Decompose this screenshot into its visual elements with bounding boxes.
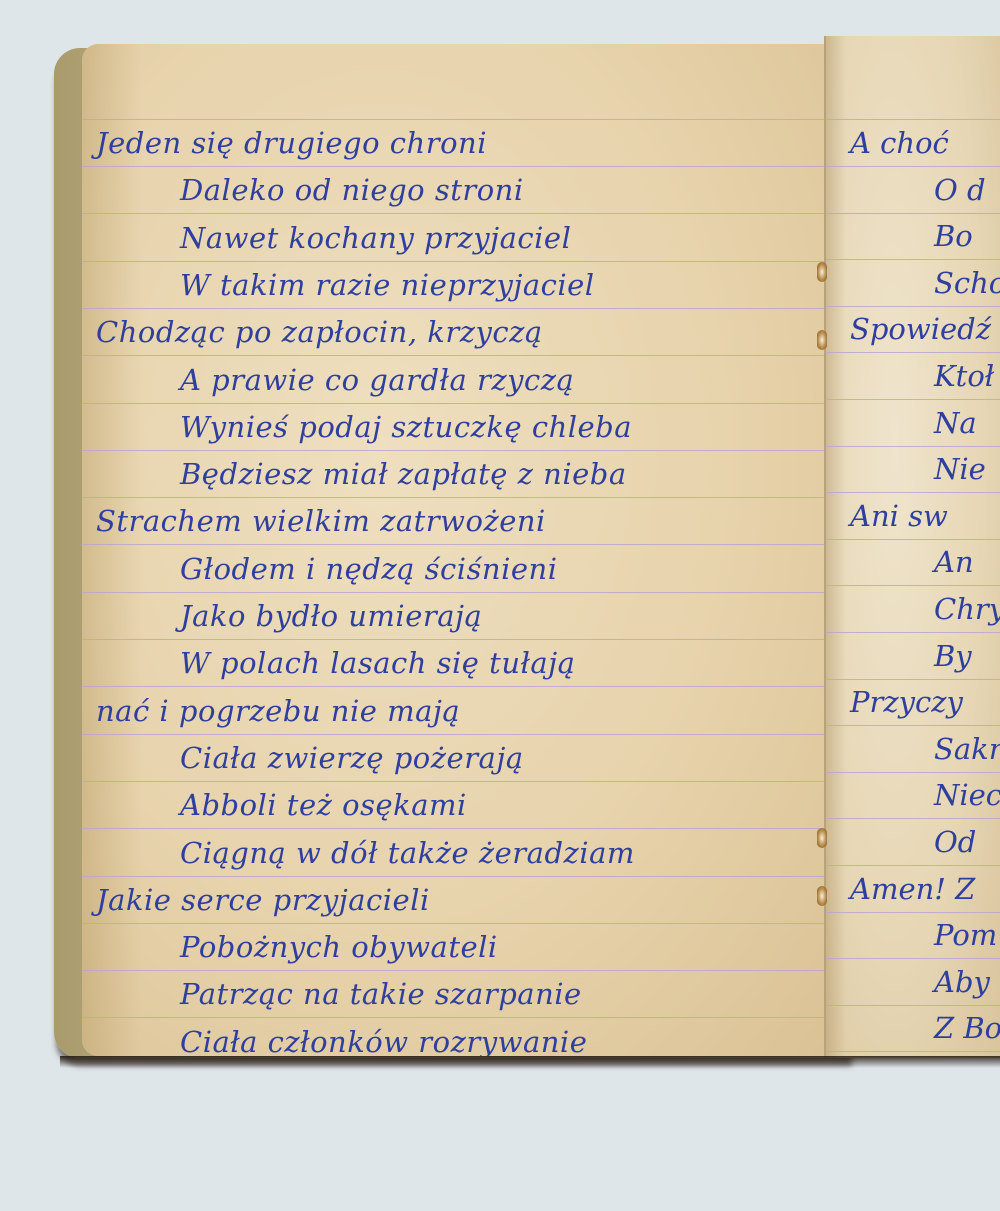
verse-line: Abboli też osękami: [180, 788, 467, 822]
verse-line: W polach lasach się tułają: [180, 646, 575, 680]
stanza-first-line: Jakie serce przyjacieli: [96, 883, 430, 917]
ruled-line: [824, 399, 1000, 400]
ruled-line: [82, 166, 824, 167]
verse-line: W takim razie nieprzyjaciel: [180, 268, 595, 302]
verse-line: O d: [934, 173, 986, 207]
ruled-line: [824, 958, 1000, 959]
verse-line: Scho: [934, 266, 1000, 300]
page-shadow: [60, 1056, 1000, 1068]
verse-line: Ciała członków rozrywanie: [180, 1025, 587, 1056]
ruled-line: [82, 686, 824, 687]
verse-line: Ciała zwierzę pożerają: [180, 741, 524, 775]
verse-line: Pom: [934, 918, 997, 952]
ruled-line: [824, 818, 1000, 819]
notebook: Jeden się drugiego chroniDaleko od niego…: [0, 0, 1000, 1211]
verse-line: Nie: [934, 452, 986, 486]
verse-line: Daleko od niego stroni: [180, 173, 524, 207]
ruled-line: [82, 1017, 824, 1018]
right-page: A choćO dBoSchoSpowiedźKtołNaNieAni swAn…: [824, 36, 1000, 1058]
ruled-line: [824, 1005, 1000, 1006]
verse-line: Nawet kochany przyjaciel: [180, 221, 571, 255]
ruled-line: [82, 970, 824, 971]
ruled-line: [82, 734, 824, 735]
ruled-line: [82, 592, 824, 593]
ruled-line: [82, 355, 824, 356]
verse-line: Wynieś podaj sztuczkę chleba: [180, 410, 632, 444]
verse-line: Patrząc na takie szarpanie: [180, 977, 582, 1011]
stanza-first-line: A choć: [850, 126, 949, 160]
left-page: Jeden się drugiego chroniDaleko od niego…: [82, 44, 824, 1056]
verse-line: Od: [934, 825, 976, 859]
stanza-first-line: Spowiedź: [850, 312, 991, 346]
verse-line: Pobożnych obywateli: [180, 930, 498, 964]
ruled-line: [82, 781, 824, 782]
stanza-first-line: Przyczy: [850, 685, 963, 719]
ruled-line: [824, 166, 1000, 167]
stanza-first-line: Amen! Z: [850, 872, 975, 906]
staple-3: [817, 828, 827, 848]
ruled-line: [824, 446, 1000, 447]
ruled-line: [82, 261, 824, 262]
verse-line: Głodem i nędzą ściśnieni: [180, 552, 558, 586]
ruled-line: [824, 306, 1000, 307]
ruled-line: [82, 119, 824, 120]
ruled-line: [82, 213, 824, 214]
ruled-line: [824, 772, 1000, 773]
staple-4: [817, 886, 827, 906]
ruled-line: [824, 492, 1000, 493]
ruled-line: [82, 544, 824, 545]
ruled-line: [82, 923, 824, 924]
staple-1: [817, 262, 827, 282]
ruled-line: [824, 912, 1000, 913]
ruled-line: [824, 679, 1000, 680]
ruled-line: [82, 308, 824, 309]
verse-line: Chry: [934, 592, 1000, 626]
ruled-line: [82, 828, 824, 829]
verse-line: By: [934, 639, 972, 673]
ruled-line: [824, 119, 1000, 120]
verse-line: Z Bo: [934, 1011, 1000, 1045]
verse-line: An: [934, 545, 974, 579]
ruled-line: [82, 497, 824, 498]
ruled-line: [824, 213, 1000, 214]
verse-line: Będziesz miał zapłatę z nieba: [180, 457, 627, 491]
stanza-first-line: Strachem wielkim zatrwożeni: [96, 504, 546, 538]
stanza-first-line: Ani sw: [850, 499, 948, 533]
stanza-first-line: nać i pogrzebu nie mają: [96, 694, 460, 728]
ruled-line: [82, 876, 824, 877]
ruled-line: [82, 450, 824, 451]
verse-line: Jako bydło umierają: [180, 599, 482, 633]
ruled-line: [82, 639, 824, 640]
verse-line: A prawie co gardła rzyczą: [180, 363, 574, 397]
ruled-line: [824, 1051, 1000, 1052]
ruled-line: [824, 259, 1000, 260]
ruled-line: [824, 865, 1000, 866]
verse-line: Na: [934, 406, 977, 440]
verse-line: Aby: [934, 965, 990, 999]
stanza-first-line: Jeden się drugiego chroni: [96, 126, 487, 160]
ruled-line: [824, 725, 1000, 726]
verse-line: Ciągną w dół także żeradziam: [180, 836, 635, 870]
ruled-line: [82, 403, 824, 404]
ruled-line: [824, 585, 1000, 586]
stanza-first-line: Chodząc po zapłocin, krzyczą: [96, 315, 543, 349]
verse-line: Niec: [934, 778, 1000, 812]
verse-line: Ktoł: [934, 359, 994, 393]
ruled-line: [824, 632, 1000, 633]
ruled-line: [824, 352, 1000, 353]
ruled-line: [824, 539, 1000, 540]
verse-line: Sakr: [934, 732, 1000, 766]
staple-2: [817, 330, 827, 350]
verse-line: Bo: [934, 219, 973, 253]
